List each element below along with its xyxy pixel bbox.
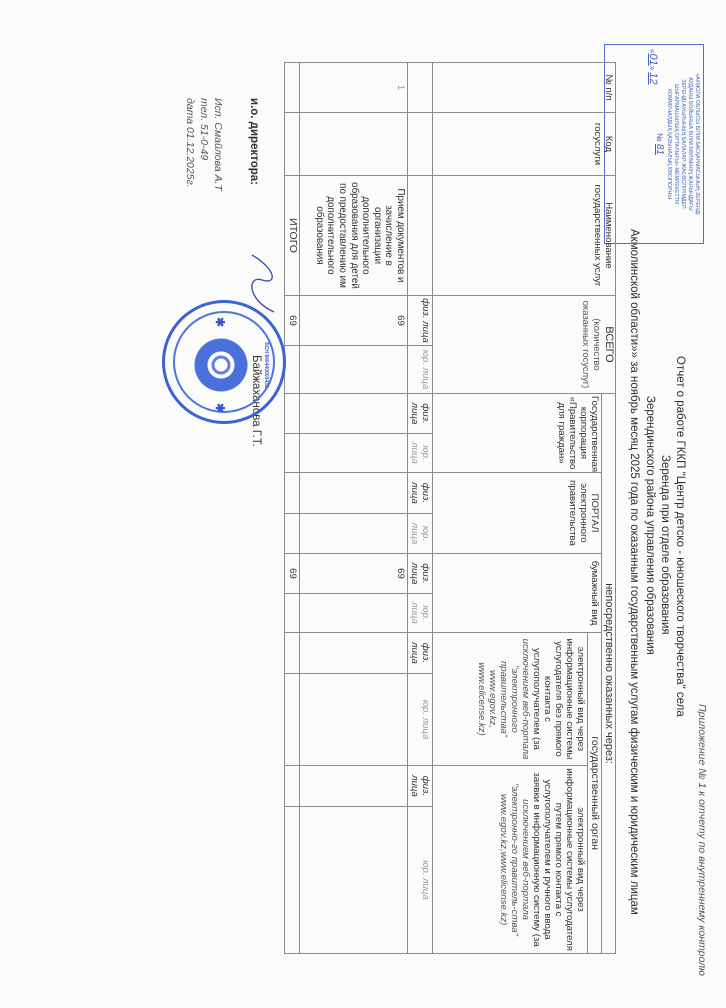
emblem-icon bbox=[193, 337, 249, 393]
group-header-gov-organ: государственный орган bbox=[588, 633, 602, 954]
incoming-registration-stamp: «АКМОЛА ОБЛЫСЫ БІЛІМ БАСҚАРМАСЫНЫҢ ЗЕРЕН… bbox=[604, 44, 704, 244]
row-e2-fiz bbox=[300, 766, 408, 807]
stamp-line: АУДАНЫ БОЙЫНША БІЛІМ БӨЛІМІНІҢ ЖАНЫНДАҒЫ bbox=[686, 49, 693, 239]
total-row: ИТОГО 69 69 bbox=[285, 63, 300, 954]
row-corp-yur bbox=[300, 434, 408, 473]
col-header-num: № п/п bbox=[433, 63, 616, 113]
executor-phone: тел. 51-0-49 bbox=[198, 98, 210, 160]
subheader-row: физ. лица юр. лица физ. лица юр. лица фи… bbox=[408, 63, 433, 954]
organization-seal: БСН 840440003432 ✱ ✱ bbox=[162, 300, 286, 424]
sub-yur: юр. лица bbox=[408, 674, 433, 766]
report-title-line-3: Зерендинского района управления образова… bbox=[644, 396, 656, 655]
stamp-line: ШЫҒАРМАШЫЛЫҚ ОРТАЛЫҒЫ» МЕМЛЕКЕТТІК bbox=[672, 49, 679, 239]
row-total-yur bbox=[300, 346, 408, 394]
report-date: дата 01.12.2025г. bbox=[184, 98, 196, 188]
sub-yur: юр. лица bbox=[408, 594, 433, 633]
col-header-paper: бумажный вид bbox=[433, 554, 602, 633]
sub-yur: юр. лица bbox=[408, 346, 433, 394]
row-num: 1 bbox=[300, 63, 408, 113]
appendix-note: Приложение № 1 к отчету по внутреннему к… bbox=[696, 704, 708, 976]
group-header-direct: непосредственно оказанных через: bbox=[602, 394, 616, 954]
stamp-date-month: 12 bbox=[647, 72, 659, 84]
sub-fiz: физ. лица bbox=[408, 554, 433, 594]
sub-fiz: физ. лица bbox=[408, 633, 433, 674]
stamp-line: ЗЕРЕНДІ АУЫЛЫНЫҢ БАЛАЛАР-ЖАСӨСПІРІМДЕР bbox=[679, 49, 686, 239]
stamp-number: 81 bbox=[654, 144, 665, 155]
total-row-total-fiz: 69 bbox=[285, 296, 300, 346]
report-title-line-1: Отчет о работе ГККП "Центр детско - юнош… bbox=[674, 356, 686, 717]
row-corp-fiz bbox=[300, 394, 408, 434]
e1-note-text: исключением веб-портала "электронного пр… bbox=[476, 639, 531, 760]
sub-fiz: физ. лица bbox=[408, 394, 433, 434]
table-row: 1 Прием документов и зачисление в органи… bbox=[300, 63, 408, 954]
seal-star-icon: ✱ bbox=[213, 403, 227, 413]
total-row-paper-fiz: 69 bbox=[285, 554, 300, 594]
total-row-label: ИТОГО bbox=[285, 176, 300, 296]
sub-fiz: физ. лица bbox=[408, 473, 433, 514]
row-portal-fiz bbox=[300, 473, 408, 514]
executor-name: Исп. Смайлова А.Т bbox=[212, 98, 224, 191]
total-title: ВСЕГО bbox=[603, 298, 614, 391]
row-service-name: Прием документов и зачисление в организа… bbox=[300, 176, 408, 296]
row-portal-yur bbox=[300, 514, 408, 554]
row-paper-yur bbox=[300, 594, 408, 633]
report-title-line-4: Акмолинской области»» за ноябрь месяц 20… bbox=[628, 229, 640, 915]
col-header-gov-corp: Государственная корпорация «Правительств… bbox=[433, 394, 602, 473]
sub-yur: юр. лица bbox=[408, 514, 433, 554]
sub-fiz: физ. лица bbox=[408, 296, 433, 346]
sub-yur: юр. лица bbox=[408, 807, 433, 954]
director-label: и.о. директора: bbox=[248, 98, 260, 185]
e2-main-text: электронный вид через информационные сис… bbox=[531, 768, 586, 951]
services-report-table: № п/п Код госуслуги Наименование государ… bbox=[284, 62, 616, 954]
col-header-electronic-direct-contact: электронный вид через информационные сис… bbox=[433, 766, 588, 954]
col-header-total: ВСЕГО (количество оказанных госуслуг) bbox=[433, 296, 616, 394]
document-page: Приложение № 1 к отчету по внутреннему к… bbox=[0, 0, 726, 1008]
col-header-electronic-no-contact: электронный вид через информационные сис… bbox=[433, 633, 588, 766]
row-e1-fiz bbox=[300, 633, 408, 674]
row-code bbox=[300, 113, 408, 176]
report-title-line-2: Зеренда при отделе образования bbox=[659, 455, 671, 635]
col-header-name: Наименование государственных услуг bbox=[433, 176, 616, 296]
stamp-date-day: 01 bbox=[647, 53, 659, 65]
e2-note-text: исключением веб-портала "электронно-го п… bbox=[498, 783, 531, 936]
seal-bin: БСН 840440003432 bbox=[263, 323, 269, 407]
sub-fiz: физ. лица bbox=[408, 766, 433, 807]
sub-yur: юр. лица bbox=[408, 434, 433, 473]
row-e2-yur bbox=[300, 807, 408, 954]
col-header-portal: ПОРТАЛ электронного правительства bbox=[433, 473, 602, 554]
col-header-code: Код госуслуги bbox=[433, 113, 616, 176]
row-paper-fiz: 69 bbox=[300, 554, 408, 594]
seal-star-icon: ✱ bbox=[213, 317, 227, 327]
stamp-line: КОММУНАЛДЫҚ ҚАЗЫНАЛЫҚ КӘСІПОРНЫ bbox=[665, 49, 672, 239]
e1-main-text: электронный вид через информационные сис… bbox=[531, 639, 586, 760]
stamp-number-label: № bbox=[655, 133, 664, 142]
stamp-line: «АКМОЛА ОБЛЫСЫ БІЛІМ БАСҚАРМАСЫНЫҢ ЗЕРЕН… bbox=[693, 49, 700, 239]
total-subtitle: (количество оказанных госуслуг) bbox=[581, 298, 603, 391]
row-total-fiz: 69 bbox=[300, 296, 408, 346]
row-e1-yur bbox=[300, 674, 408, 766]
